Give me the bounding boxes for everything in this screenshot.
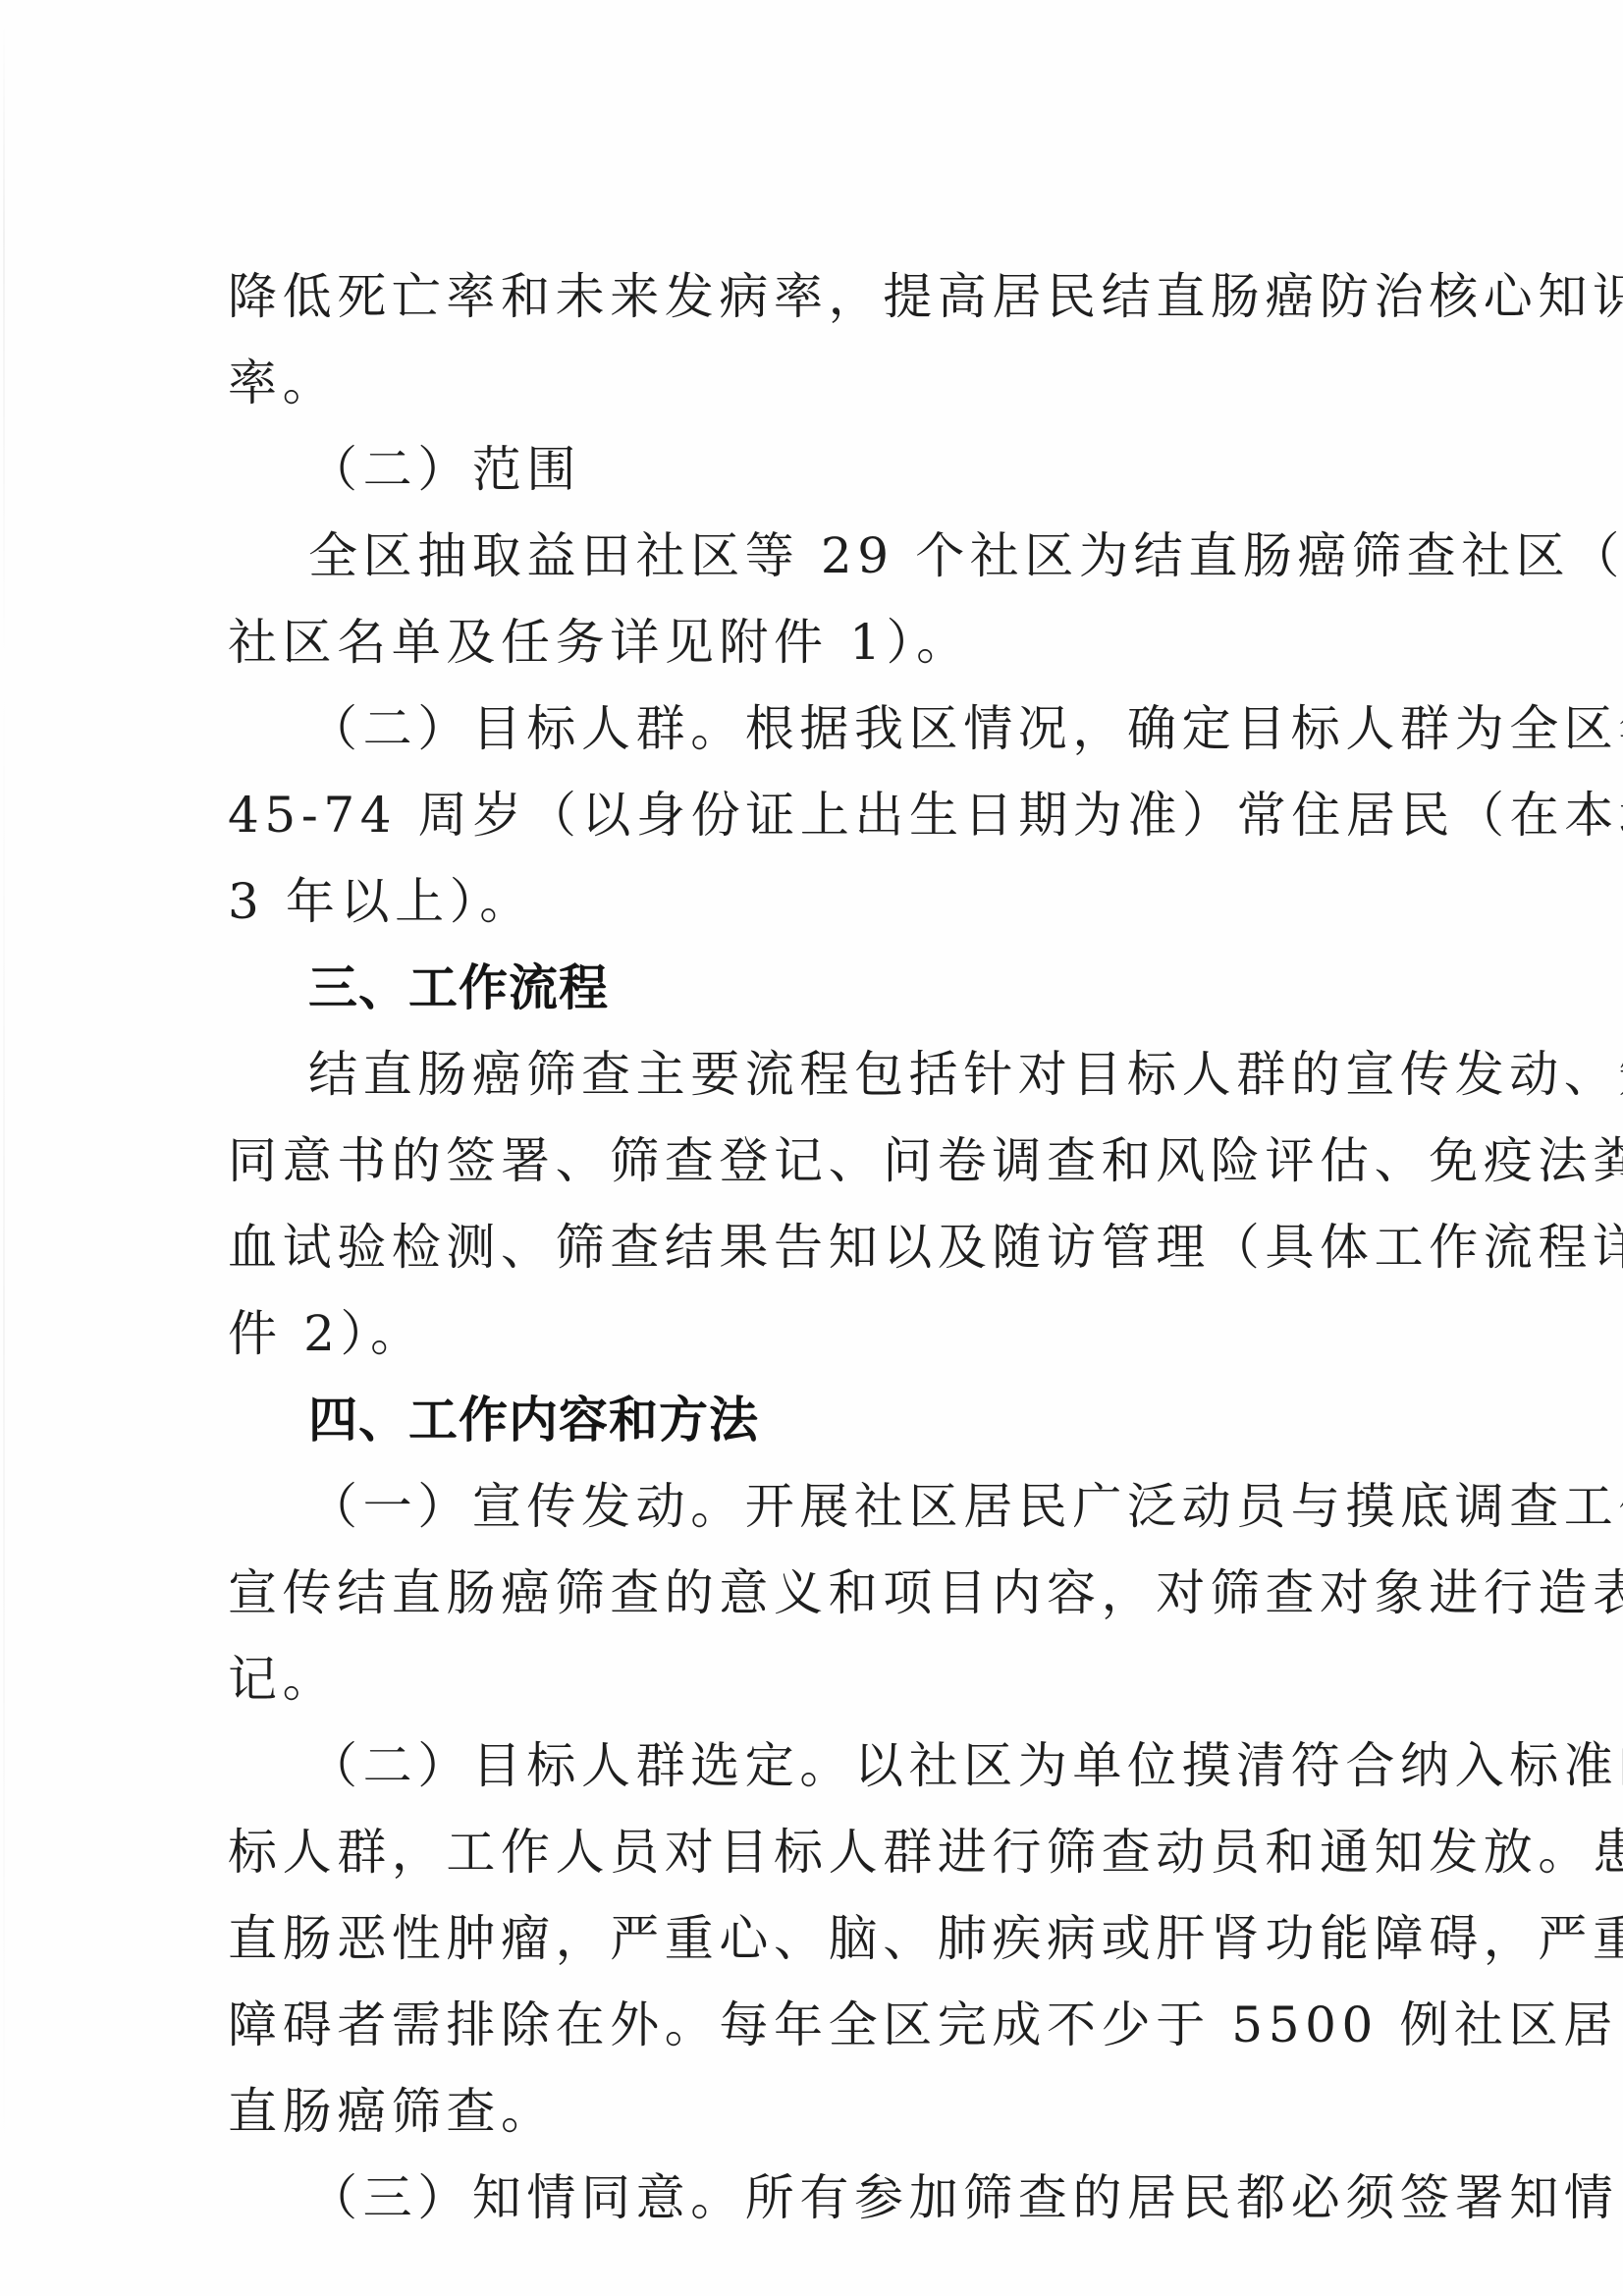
- paragraph-line: 件 2）。: [228, 1290, 1445, 1377]
- paragraph-line: 血试验检测、筛查结果告知以及随访管理（具体工作流程详见附: [228, 1204, 1439, 1290]
- paragraph-line: 直肠恶性肿瘤，严重心、脑、肺疾病或肝肾功能障碍，严重精神: [228, 1895, 1439, 1982]
- paragraph-line: 结直肠癌筛查主要流程包括针对目标人群的宣传发动、知情: [228, 1031, 1439, 1118]
- paragraph-line: 直肠癌筛查。: [228, 2068, 1445, 2155]
- paragraph-line: （三）知情同意。所有参加筛查的居民都必须签署知情同意: [228, 2155, 1439, 2241]
- paragraph-line: 全区抽取益田社区等 29 个社区为结直肠癌筛查社区（筛查: [228, 513, 1439, 599]
- paragraph-line: 社区名单及任务详见附件 1）。: [228, 599, 1445, 685]
- paragraph-line: （二）目标人群选定。以社区为单位摸清符合纳入标准的目: [228, 1722, 1439, 1809]
- paragraph-line: （二）目标人群。根据我区情况，确定目标人群为全区年龄: [228, 685, 1439, 772]
- paragraph-line: 障碍者需排除在外。每年全区完成不少于 5500 例社区居民的结: [228, 1982, 1439, 2068]
- paragraph-line: 标人群，工作人员对目标人群进行筛查动员和通知发放。患有结: [228, 1809, 1439, 1895]
- paragraph-line: 记。: [228, 1636, 1445, 1722]
- document-body: 降低死亡率和未来发病率，提高居民结直肠癌防治核心知识知晓 率。 （二）范围 全区…: [228, 253, 1445, 2241]
- section-heading-methods: 四、工作内容和方法: [228, 1377, 1445, 1463]
- paragraph-line: 宣传结直肠癌筛查的意义和项目内容，对筛查对象进行造表登: [228, 1550, 1439, 1636]
- paragraph-line: 同意书的签署、筛查登记、问卷调查和风险评估、免疫法粪便潜: [228, 1118, 1439, 1204]
- scan-edge-shadow: [3, 20, 5, 2180]
- section-heading-workflow: 三、工作流程: [228, 945, 1445, 1031]
- paragraph-line: （一）宣传发动。开展社区居民广泛动员与摸底调查工作，: [228, 1463, 1428, 1550]
- section-subheading-scope: （二）范围: [228, 426, 1445, 513]
- document-page: 降低死亡率和未来发病率，提高居民结直肠癌防治核心知识知晓 率。 （二）范围 全区…: [0, 0, 1623, 2296]
- paragraph-line: 率。: [228, 340, 1445, 426]
- paragraph-line: 降低死亡率和未来发病率，提高居民结直肠癌防治核心知识知晓: [228, 253, 1439, 340]
- paragraph-line: 45-74 周岁（以身份证上出生日期为准）常住居民（在本地居住: [228, 772, 1439, 858]
- paragraph-line: 3 年以上）。: [228, 858, 1445, 945]
